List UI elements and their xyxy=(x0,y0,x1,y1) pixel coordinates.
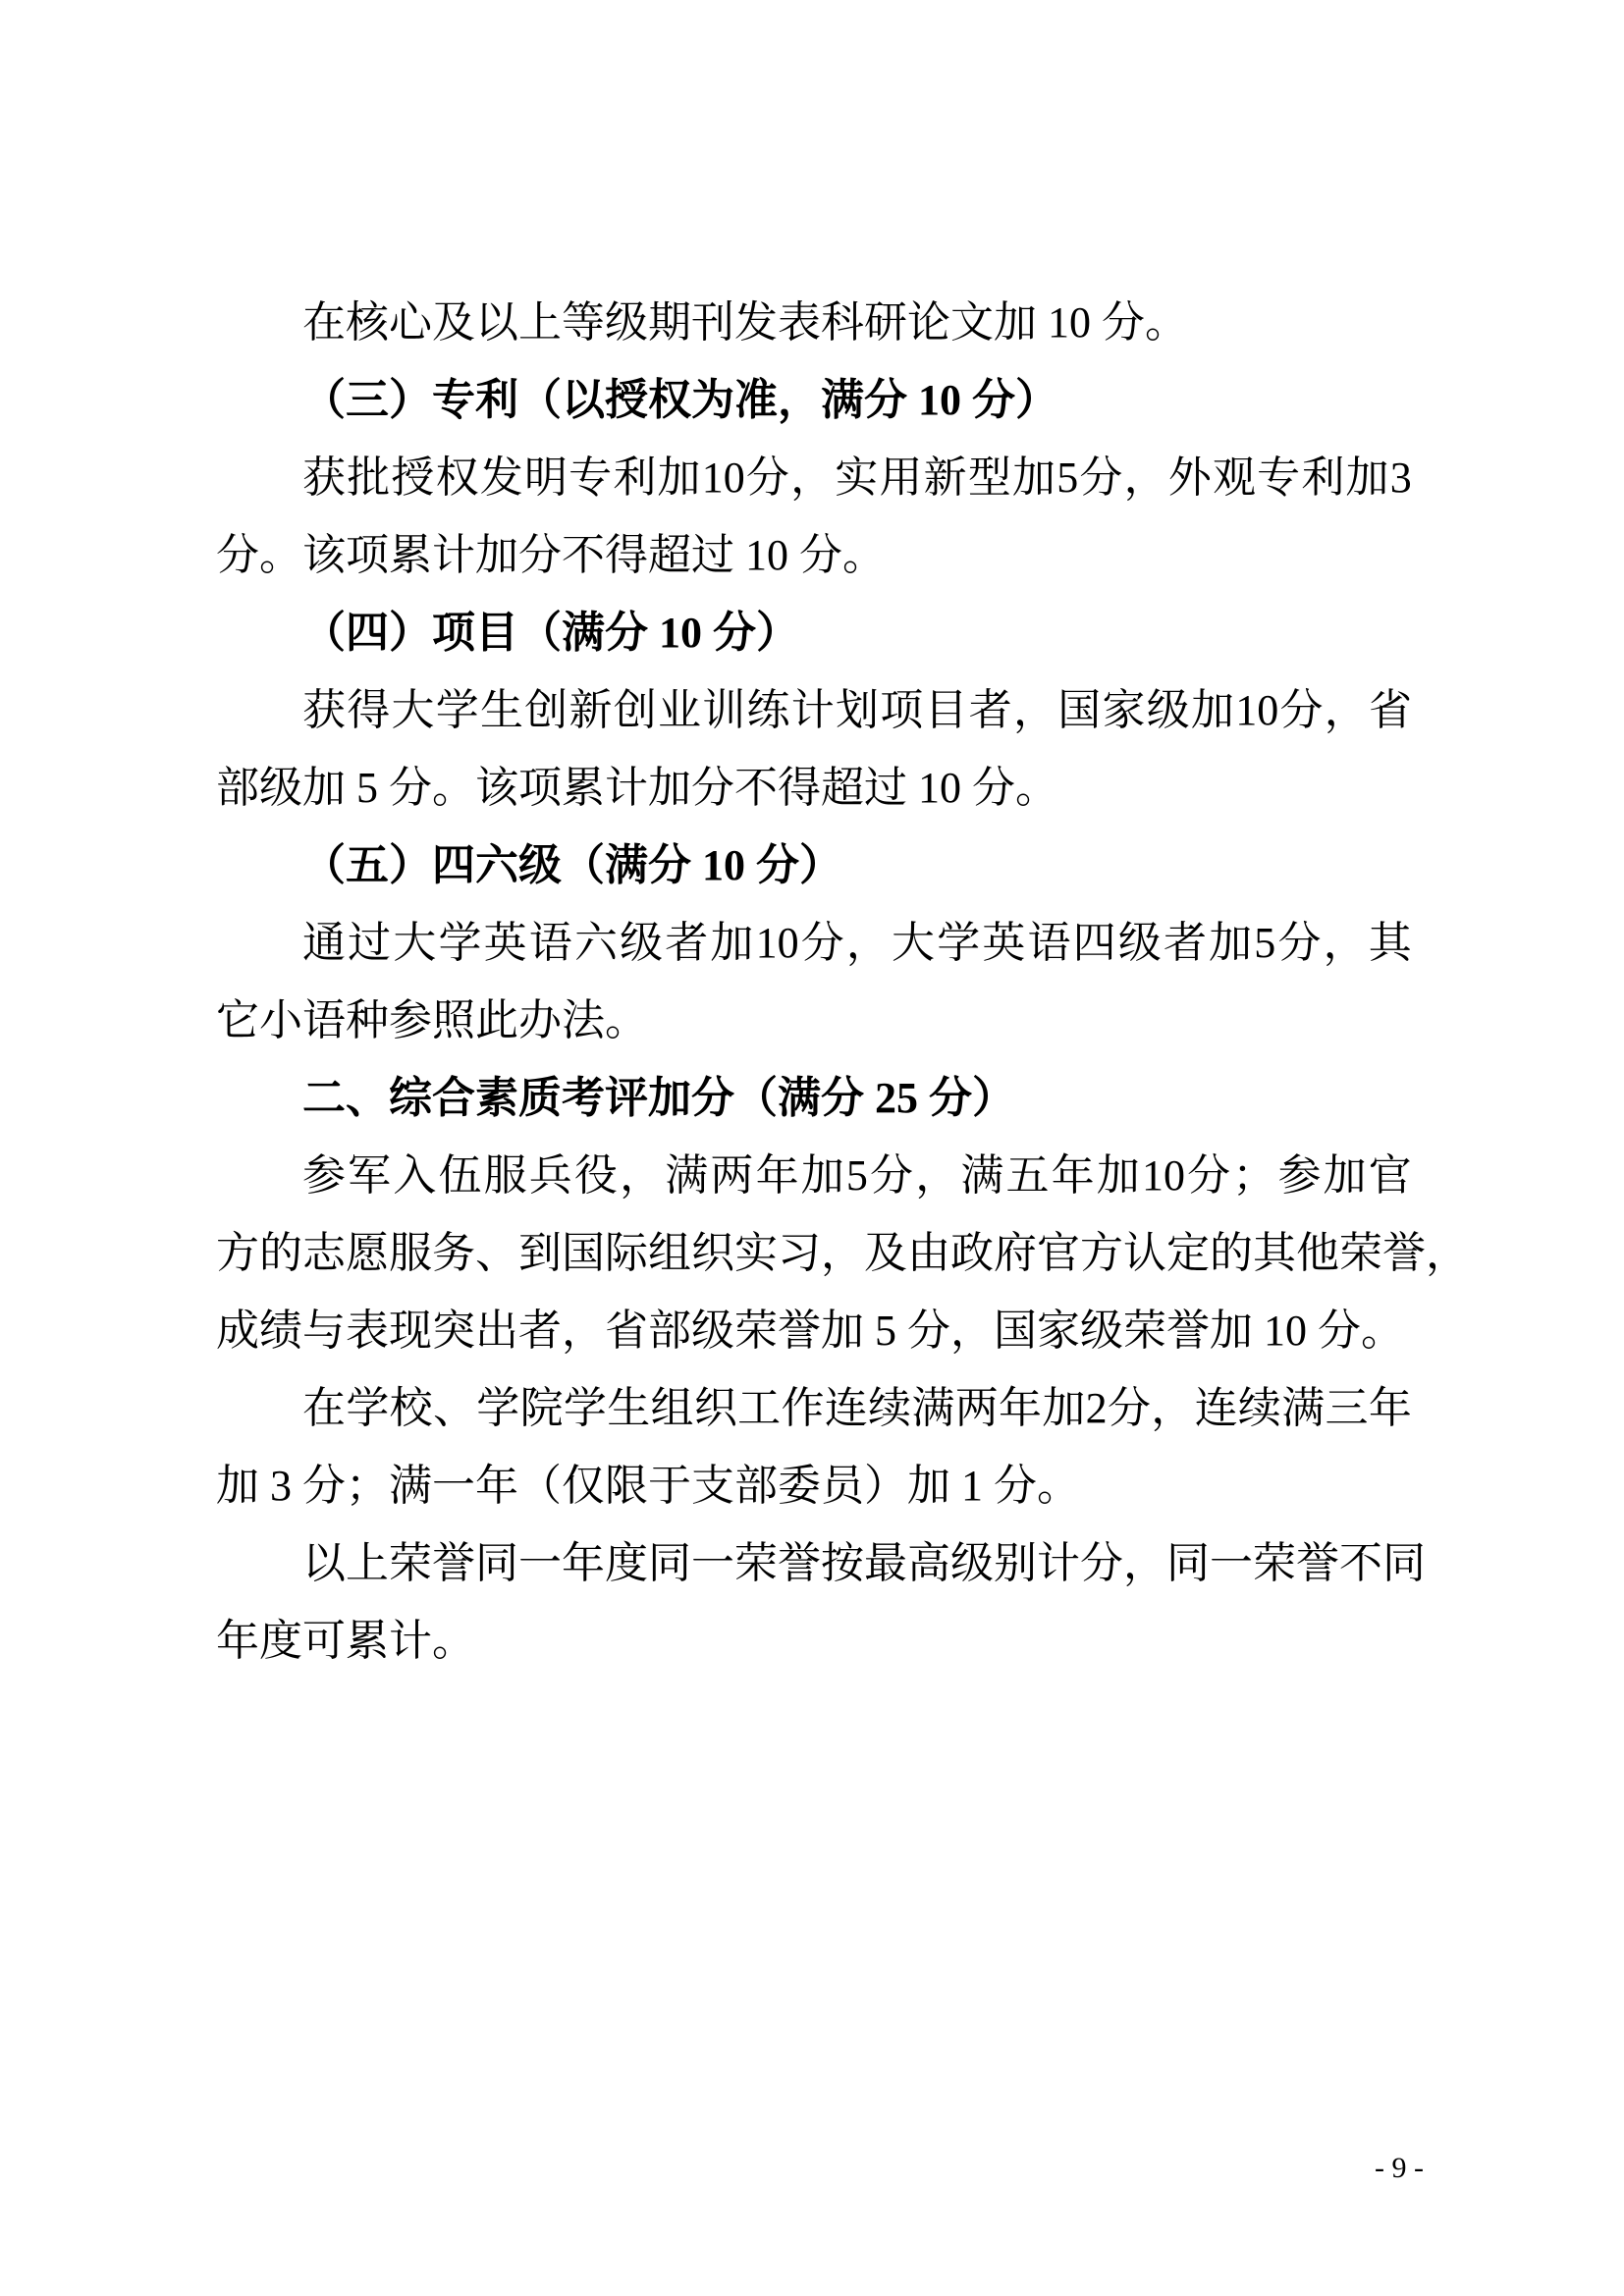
section-heading: （三）专利（以授权为准，满分 10 分） xyxy=(216,361,1412,439)
text-line: 方的志愿服务、到国际组织实习，及由政府官方认定的其他荣誉， xyxy=(216,1214,1412,1292)
section-heading: （五）四六级（满分 10 分） xyxy=(216,827,1412,904)
page-number: - 9 - xyxy=(1375,2152,1424,2185)
text-line: 分。该项累计加分不得超过 10 分。 xyxy=(216,516,1412,594)
text-line: 以上荣誉同一年度同一荣誉按最高级别计分，同一荣誉不同 xyxy=(216,1524,1412,1602)
text-line: 获批授权发明专利加10分，实用新型加5分，外观专利加3 xyxy=(216,439,1412,516)
text-line: 成绩与表现突出者，省部级荣誉加 5 分，国家级荣誉加 10 分。 xyxy=(216,1292,1412,1369)
text-line: 部级加 5 分。该项累计加分不得超过 10 分。 xyxy=(216,749,1412,827)
text-line: 它小语种参照此办法。 xyxy=(216,982,1412,1059)
text-line: 加 3 分；满一年（仅限于支部委员）加 1 分。 xyxy=(216,1447,1412,1524)
text-line: 通过大学英语六级者加10分，大学英语四级者加5分，其 xyxy=(216,904,1412,982)
text-line: 年度可累计。 xyxy=(216,1602,1412,1680)
text-line: 参军入伍服兵役，满两年加5分，满五年加10分；参加官 xyxy=(216,1137,1412,1214)
text-line: 在核心及以上等级期刊发表科研论文加 10 分。 xyxy=(216,284,1412,361)
section-heading: （四）项目（满分 10 分） xyxy=(216,594,1412,671)
section-heading: 二、综合素质考评加分（满分 25 分） xyxy=(216,1059,1412,1137)
text-line: 获得大学生创新创业训练计划项目者，国家级加10分，省 xyxy=(216,671,1412,749)
document-page: 在核心及以上等级期刊发表科研论文加 10 分。（三）专利（以授权为准，满分 10… xyxy=(0,0,1624,2296)
document-body: 在核心及以上等级期刊发表科研论文加 10 分。（三）专利（以授权为准，满分 10… xyxy=(216,284,1412,1680)
text-line: 在学校、学院学生组织工作连续满两年加2分，连续满三年 xyxy=(216,1369,1412,1447)
